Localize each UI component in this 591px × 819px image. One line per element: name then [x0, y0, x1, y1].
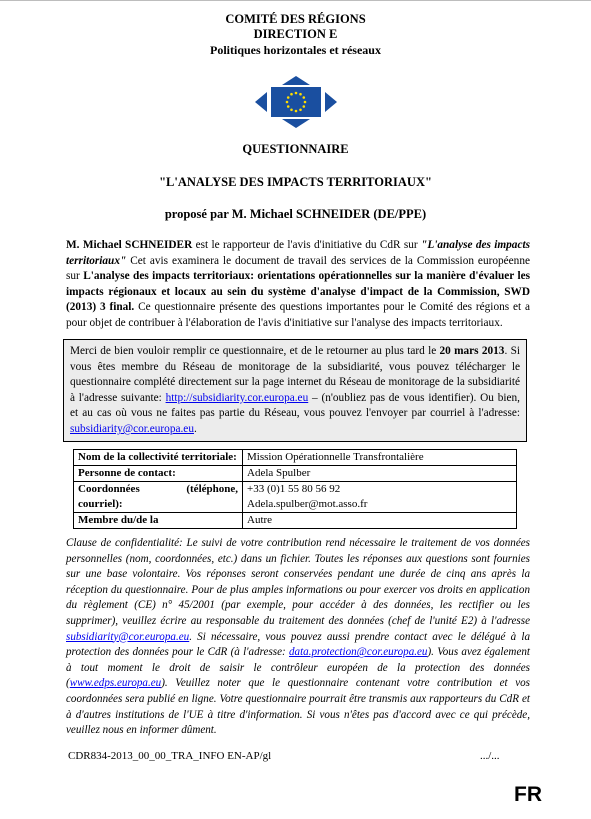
phone-number: +33 (0)1 55 80 56 92: [247, 482, 512, 497]
document-reference: CDR834-2013_00_00_TRA_INFO EN-AP/gl: [68, 750, 271, 762]
value-member: Autre: [243, 513, 517, 529]
subject-title: "L'ANALYSE DES IMPACTS TERRITORIAUX": [0, 175, 591, 190]
label-authority: Nom de la collectivité territoriale:: [74, 450, 243, 466]
proposer-line: proposé par M. Michael SCHNEIDER (DE/PPE…: [0, 207, 591, 222]
table-row: Coordonnées(téléphone, courriel): +33 (0…: [74, 482, 517, 513]
value-coordinates: +33 (0)1 55 80 56 92 Adela.spulber@mot.a…: [243, 482, 517, 513]
instructions-box: Merci de bien vouloir remplir ce questio…: [63, 339, 527, 442]
table-row: Membre du/de la Autre: [74, 513, 517, 529]
contact-table: Nom de la collectivité territoriale: Mis…: [73, 449, 517, 529]
doc-type-title: QUESTIONNAIRE: [0, 142, 591, 157]
contact-email: Adela.spulber@mot.asso.fr: [247, 497, 512, 512]
value-authority: Mission Opérationnelle Transfrontalière: [243, 450, 517, 466]
privacy-email-link[interactable]: subsidiarity@cor.europa.eu: [66, 631, 189, 643]
cor-eu-logo-icon: [255, 76, 337, 128]
subsidiarity-site-link[interactable]: http://subsidiarity.cor.europa.eu: [166, 392, 309, 404]
direction-name: DIRECTION E: [0, 27, 591, 42]
label-contact-person: Personne de contact:: [74, 466, 243, 482]
org-name: COMITÉ DES RÉGIONS: [0, 12, 591, 27]
subsidiarity-email-link[interactable]: subsidiarity@cor.europa.eu: [70, 423, 194, 435]
language-code: FR: [514, 783, 542, 807]
intro-paragraph: M. Michael SCHNEIDER est le rapporteur d…: [66, 238, 530, 332]
unit-name: Politiques horizontales et réseaux: [0, 43, 591, 58]
value-contact-person: Adela Spulber: [243, 466, 517, 482]
continuation-mark: .../...: [480, 750, 500, 762]
rapporteur-name: M. Michael SCHNEIDER: [66, 239, 192, 251]
table-row: Nom de la collectivité territoriale: Mis…: [74, 450, 517, 466]
data-protection-email-link[interactable]: data.protection@cor.europa.eu: [289, 646, 427, 658]
table-row: Personne de contact: Adela Spulber: [74, 466, 517, 482]
privacy-clause: Clause de confidentialité: Le suivi de v…: [66, 536, 530, 739]
deadline: 20 mars 2013: [440, 345, 505, 357]
label-member: Membre du/de la: [74, 513, 243, 529]
edps-link[interactable]: www.edps.europa.eu: [70, 677, 162, 689]
label-coordinates: Coordonnées(téléphone, courriel):: [74, 482, 243, 513]
